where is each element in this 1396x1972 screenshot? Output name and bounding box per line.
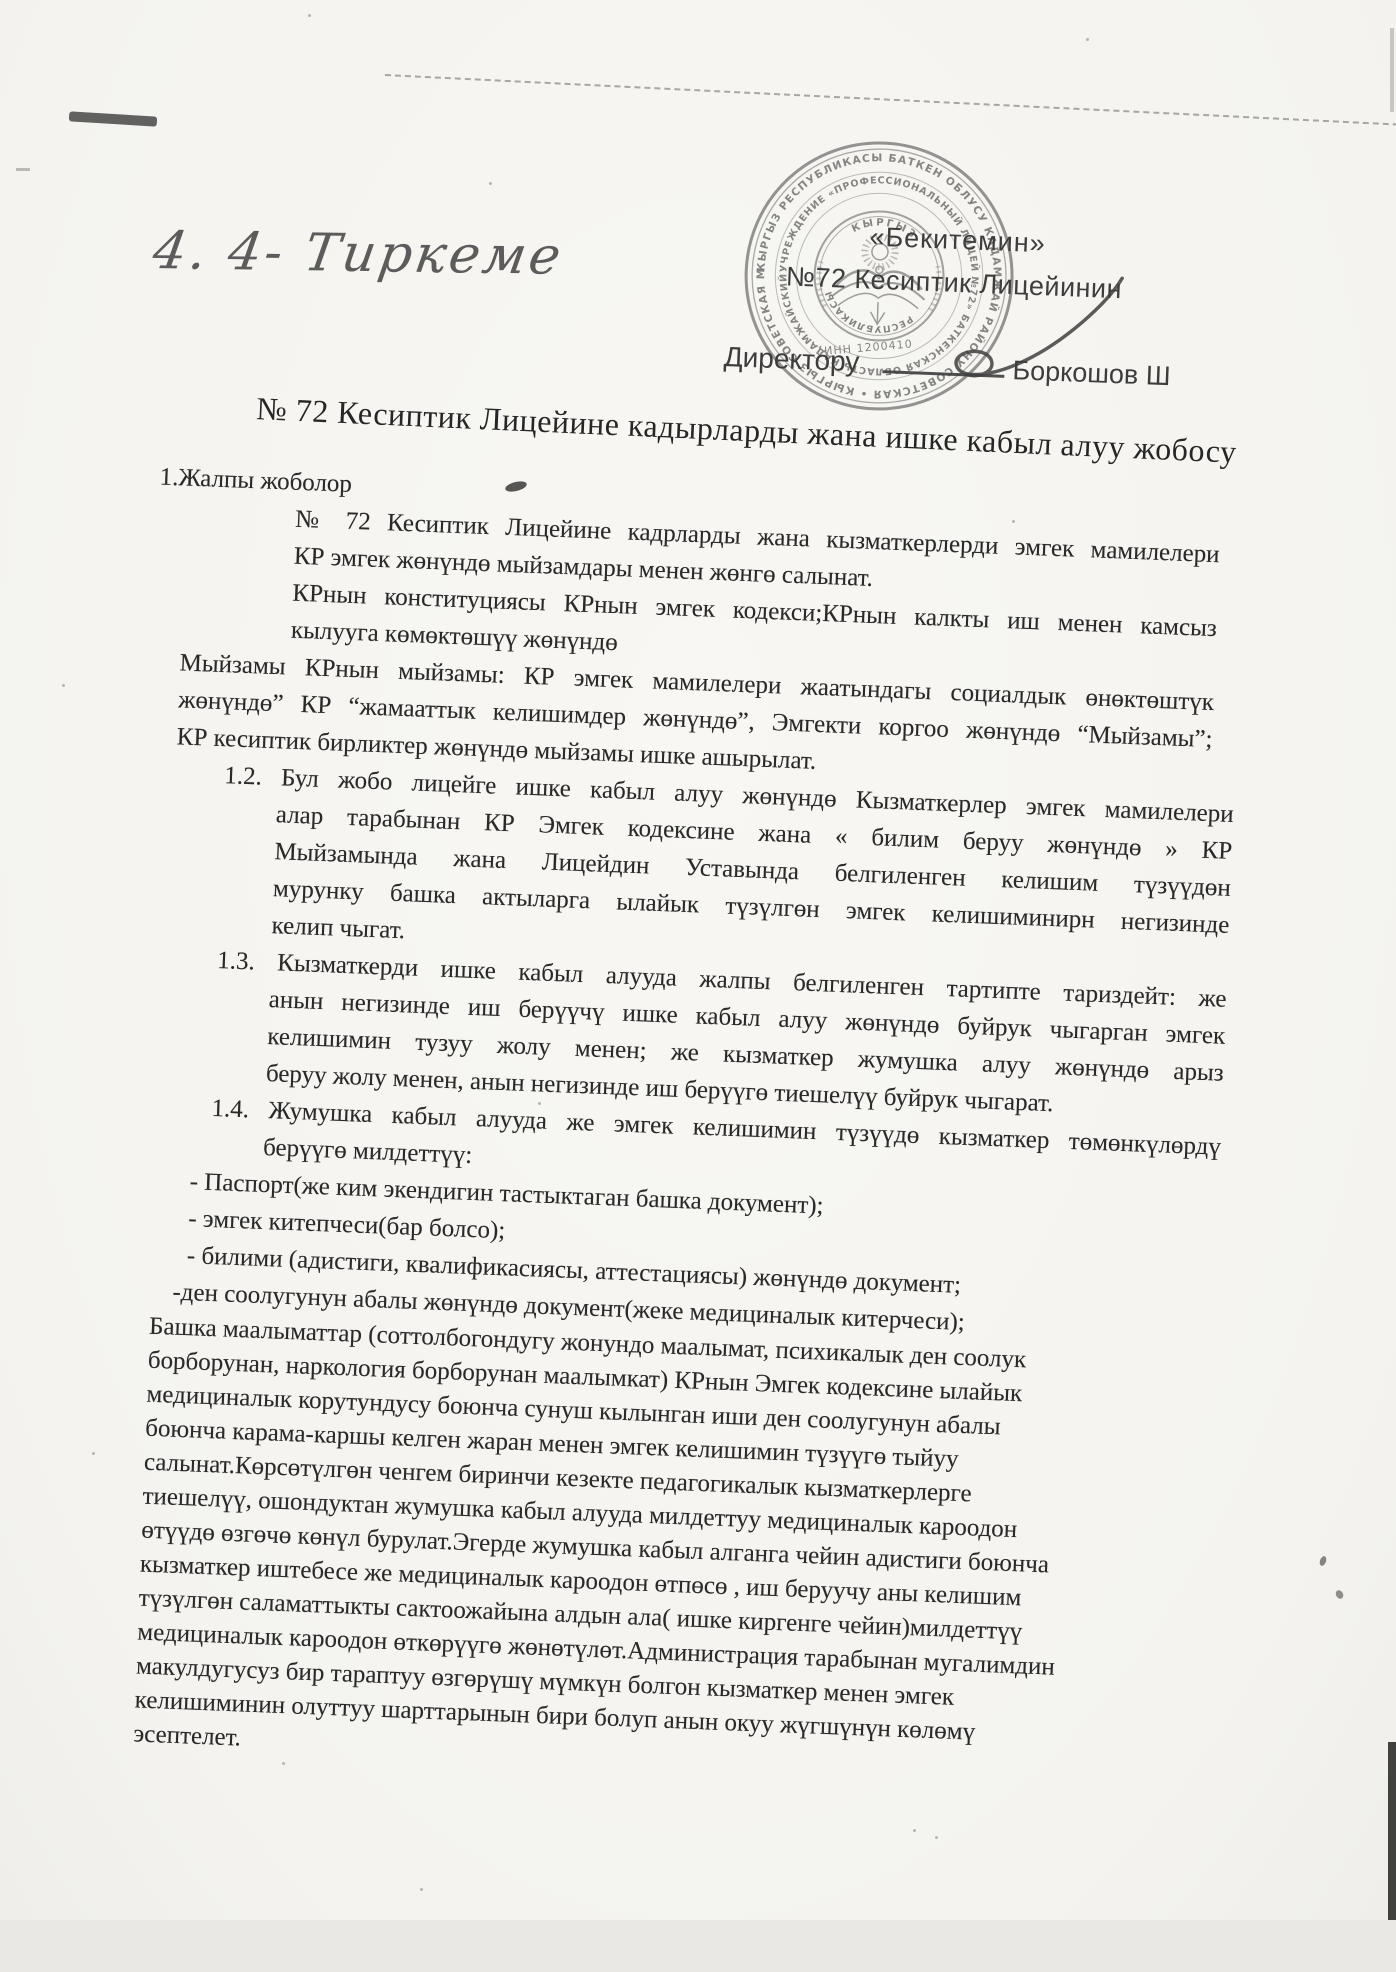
signature	[865, 257, 1140, 407]
paragraph-final: Башка маалыматтар (соттолбогондугу жонун…	[133, 1310, 1299, 1796]
approval-quote: «Бекитемин»	[869, 222, 1046, 260]
document-body: 1.Жалпы жоболор№ 72 Кесиптик Лицейине ка…	[83, 457, 1322, 1795]
speckle	[1086, 38, 1089, 41]
approval-role-label: Директору	[723, 341, 860, 378]
scan-edge-shadow	[1388, 1742, 1396, 1920]
approval-block: «Бекитемин» №72 Кесиптик Лицейинин Дирек…	[0, 0, 1395, 473]
document-content: 4. 4- Тиркеме КЫРГЫЗ РЕСПУБЛИКАСЫ БАТКЕН…	[0, 0, 1395, 1920]
scanned-page: 4. 4- Тиркеме КЫРГЫЗ РЕСПУБЛИКАСЫ БАТКЕН…	[0, 0, 1396, 1920]
